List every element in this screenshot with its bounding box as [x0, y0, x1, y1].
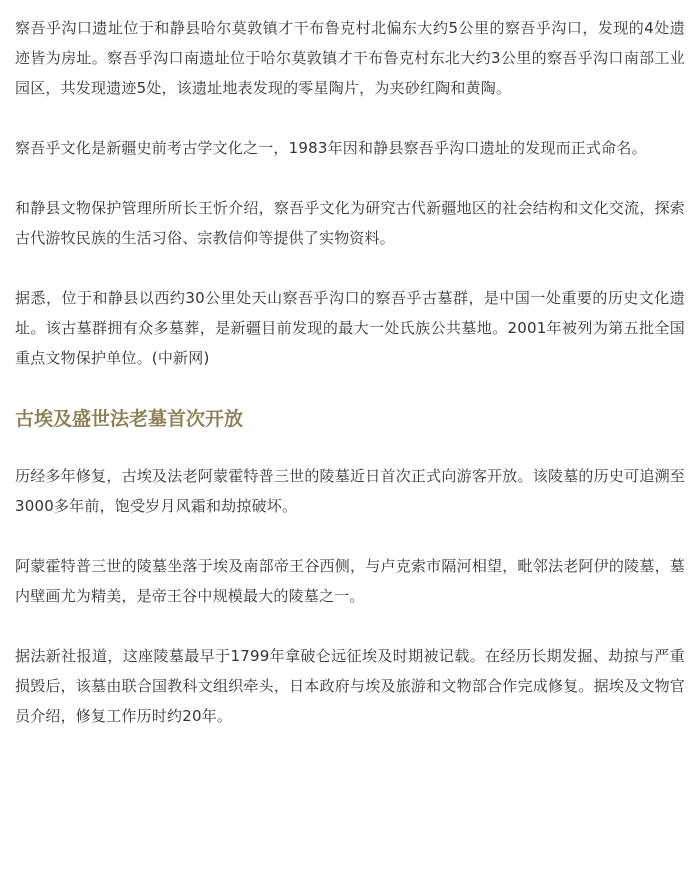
paragraph-tomb-opening: 历经多年修复，古埃及法老阿蒙霍特普三世的陵墓近日首次正式向游客开放。该陵墓的历史… [15, 461, 685, 521]
paragraph-chawuhu-site: 察吾乎沟口遗址位于和静县哈尔莫敦镇才干布鲁克村北偏东大约5公里的察吾乎沟口，发现… [15, 13, 685, 103]
article-body: 察吾乎沟口遗址位于和静县哈尔莫敦镇才干布鲁克村北偏东大约5公里的察吾乎沟口，发现… [0, 0, 700, 731]
paragraph-tomb-cluster: 据悉，位于和静县以西约30公里处天山察吾乎沟口的察吾乎古墓群，是中国一处重要的历… [15, 283, 685, 373]
section-heading-egypt-tomb: 古埃及盛世法老墓首次开放 [15, 403, 685, 435]
paragraph-director-quote: 和静县文物保护管理所所长王忻介绍，察吾乎文化为研究古代新疆地区的社会结构和文化交… [15, 193, 685, 253]
paragraph-chawuhu-culture: 察吾乎文化是新疆史前考古学文化之一，1983年因和静县察吾乎沟口遗址的发现而正式… [15, 133, 685, 163]
paragraph-tomb-location: 阿蒙霍特普三世的陵墓坐落于埃及南部帝王谷西侧，与卢克索市隔河相望，毗邻法老阿伊的… [15, 551, 685, 611]
paragraph-tomb-restoration: 据法新社报道，这座陵墓最早于1799年拿破仑远征埃及时期被记载。在经历长期发掘、… [15, 641, 685, 731]
